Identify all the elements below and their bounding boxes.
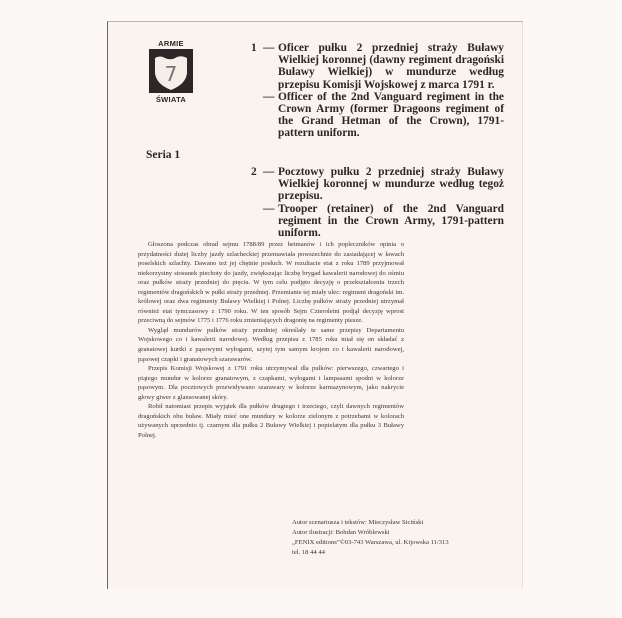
body-paragraph: Głoszona podczas obrad sejmu 1788/89 prz… <box>138 240 404 326</box>
series-card: ARMIE 7 ŚWIATA Seria 1 1 — Oficer pułku … <box>107 21 523 589</box>
entry-dash: — <box>263 166 278 203</box>
entry-english: — Trooper (retainer) of the 2nd Vanguard… <box>251 203 504 240</box>
credit-publisher: „FENIX editions”©03-743 Warszawa, ul. Ki… <box>292 538 449 548</box>
entry-number: 1 <box>251 42 263 91</box>
series-label: Seria 1 <box>146 149 180 161</box>
entry-english-text: Trooper (retainer) of the 2nd Vanguard r… <box>278 203 504 240</box>
shield-numeral: 7 <box>165 62 178 86</box>
entry-polish-text: Pocztowy pułku 2 przedniej straży Buławy… <box>278 166 504 203</box>
entry-number: 2 <box>251 166 263 203</box>
entry-polish-text: Oficer pułku 2 przedniej straży Buławy W… <box>278 42 504 91</box>
logo-top-word: ARMIE <box>145 39 197 48</box>
entry-english-text: Officer of the 2nd Vanguard regiment in … <box>278 91 504 140</box>
historical-description: Głoszona podczas obrad sejmu 1788/89 prz… <box>138 240 404 440</box>
shield-icon: 7 <box>149 49 193 93</box>
armie-swiata-logo: ARMIE 7 ŚWIATA <box>145 39 197 104</box>
credits-block: Autor scenariusza i tekstów: Mieczysław … <box>292 518 449 558</box>
entry-dash: — <box>263 42 278 91</box>
plate-entry-1: 1 — Oficer pułku 2 przedniej straży Buła… <box>251 42 504 140</box>
body-paragraph: Wygląd mundurów pułków straży przedniej … <box>138 326 404 364</box>
body-paragraph: Robił natomiast przepis wyjątek dla pułk… <box>138 402 404 440</box>
credit-phone: tel. 18 44 44 <box>292 548 449 558</box>
entry-english: — Officer of the 2nd Vanguard regiment i… <box>251 91 504 140</box>
entry-polish: 1 — Oficer pułku 2 przedniej straży Buła… <box>251 42 504 91</box>
body-paragraph: Przepis Komisji Wojskowej z 1791 roku ut… <box>138 364 404 402</box>
credit-illustrator: Autor ilustracji: Bohdan Wróblewski <box>292 528 449 538</box>
logo-bottom-word: ŚWIATA <box>145 95 197 104</box>
entry-polish: 2 — Pocztowy pułku 2 przedniej straży Bu… <box>251 166 504 203</box>
credit-author: Autor scenariusza i tekstów: Mieczysław … <box>292 518 449 528</box>
entry-dash: — <box>263 203 278 240</box>
plate-entry-2: 2 — Pocztowy pułku 2 przedniej straży Bu… <box>251 166 504 239</box>
entry-dash: — <box>263 91 278 140</box>
